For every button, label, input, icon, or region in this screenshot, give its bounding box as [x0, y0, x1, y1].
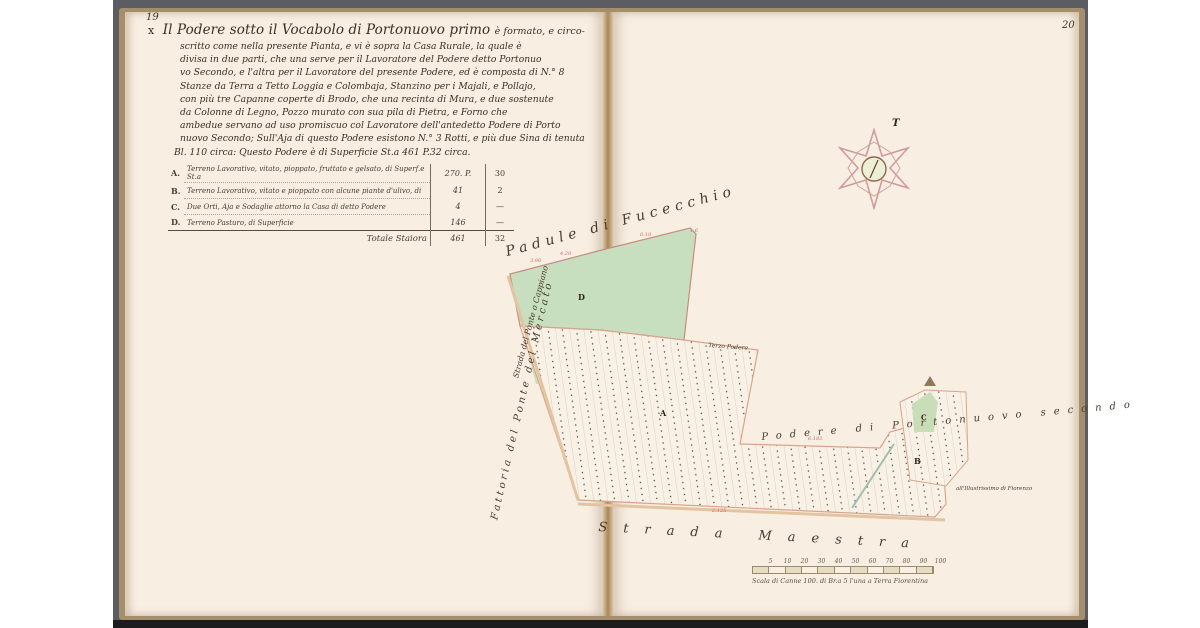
parcel-label-b: B — [914, 456, 921, 466]
scale-tick: 5 — [762, 558, 779, 565]
compass-rose-icon — [836, 128, 912, 210]
svg-text:2.125: 2.125 — [711, 508, 726, 514]
label-neighbor-east: all'Illustrissimo di Fiorenzo — [956, 486, 1032, 492]
svg-text:6.10: 6.10 — [640, 232, 652, 238]
scale-ticks: 5 10 20 30 40 50 60 70 80 90 100 — [762, 558, 949, 565]
scale-tick: 100 — [932, 558, 949, 565]
scale-bar: 5 10 20 30 40 50 60 70 80 90 100 Scala d… — [752, 558, 949, 585]
scale-tick: 50 — [847, 558, 864, 565]
svg-text:1.6: 1.6 — [690, 228, 699, 234]
scale-tick: 10 — [779, 558, 796, 565]
scale-tick: 40 — [830, 558, 847, 565]
svg-text:3.90: 3.90 — [530, 258, 542, 264]
scale-tick: 20 — [796, 558, 813, 565]
scale-caption: Scala di Canne 100. di Br.a 5 l'una a Te… — [752, 577, 949, 585]
svg-text:4.20: 4.20 — [559, 251, 572, 257]
parcel-label-d: D — [578, 292, 585, 302]
scale-tick: 70 — [881, 558, 898, 565]
scale-tick: 80 — [898, 558, 915, 565]
farmhouse-icon — [924, 376, 936, 386]
scale-tick: 60 — [864, 558, 881, 565]
scale-graduations — [752, 566, 934, 574]
scale-tick: 30 — [813, 558, 830, 565]
parcel-label-a: A — [659, 408, 667, 418]
scale-tick: 90 — [915, 558, 932, 565]
